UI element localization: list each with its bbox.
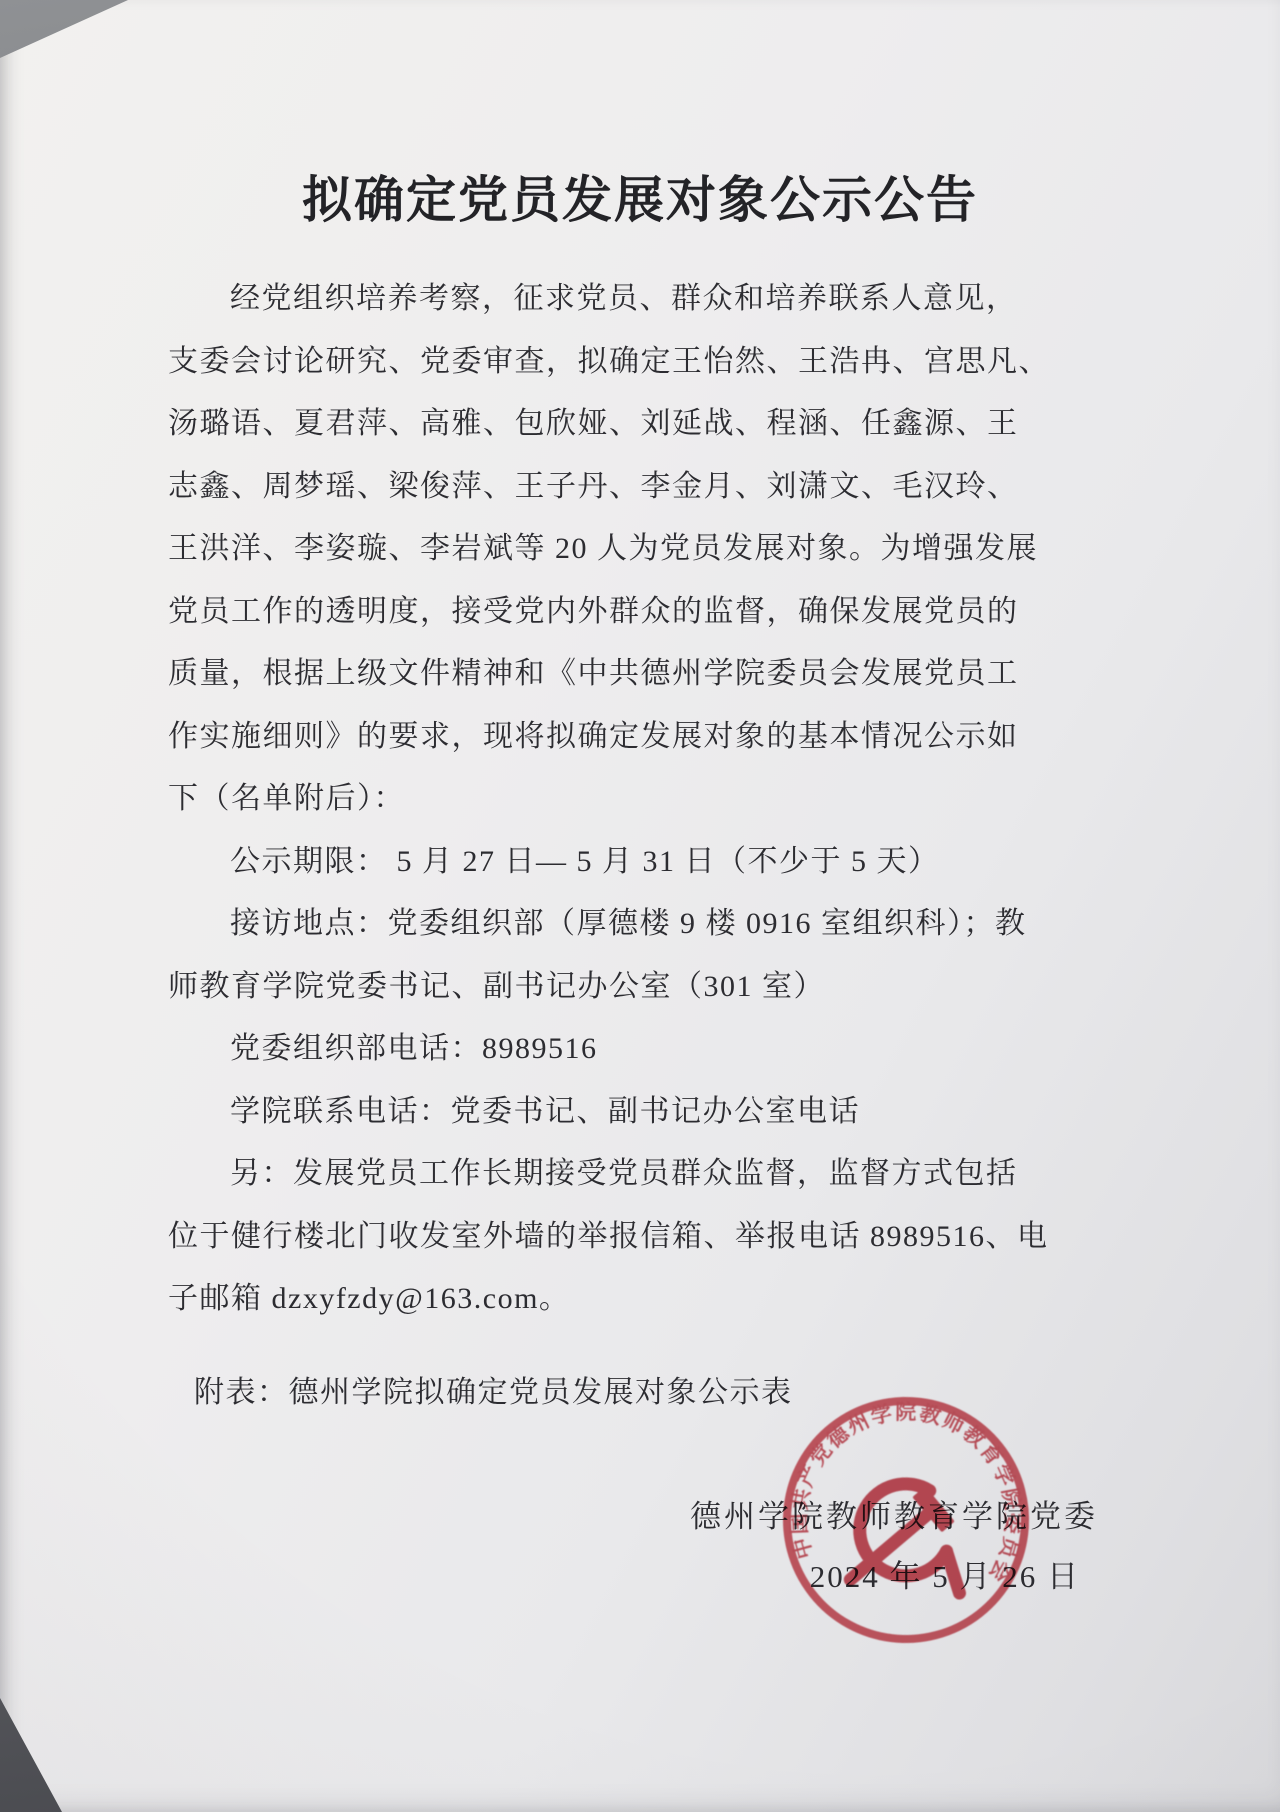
seal-ring	[773, 1387, 1038, 1652]
body-line: 经党组织培养考察，征求党员、群众和培养联系人意见，	[168, 268, 1073, 331]
body-line: 汤璐语、夏君萍、高雅、包欣娅、刘延战、程涵、任鑫源、王	[168, 393, 1073, 456]
document-title: 拟确定党员发展对象公示公告	[0, 160, 1280, 232]
body-line: 作实施细则》的要求，现将拟确定发展对象的基本情况公示如	[168, 706, 1073, 769]
body-line: 党委组织部电话：8989516	[168, 1018, 1073, 1081]
hammer-sickle-icon	[850, 1478, 972, 1593]
official-seal: 中国共产党德州学院教师教育学院委员会	[766, 1380, 1047, 1661]
body-line: 子邮箱 dzxyfzdy@163.com。	[168, 1268, 1073, 1331]
body-line: 下（名单附后）：	[168, 768, 1073, 831]
document-photo: 拟确定党员发展对象公示公告 经党组织培养考察，征求党员、群众和培养联系人意见， …	[0, 0, 1280, 1812]
body-line: 学院联系电话：党委书记、副书记办公室电话	[168, 1081, 1073, 1144]
body-line: 接访地点：党委组织部（厚德楼 9 楼 0916 室组织科）；教	[168, 893, 1073, 956]
body-line: 支委会讨论研究、党委审查，拟确定王怡然、王浩冉、宫思凡、	[168, 331, 1073, 394]
body-line: 位于健行楼北门收发室外墙的举报信箱、举报电话 8989516、电	[168, 1206, 1073, 1269]
body-line: 师教育学院党委书记、副书记办公室（301 室）	[168, 956, 1073, 1019]
official-seal-svg: 中国共产党德州学院教师教育学院委员会	[766, 1380, 1047, 1661]
attachment-note: 附表：德州学院拟确定党员发展对象公示表	[168, 1362, 793, 1424]
body-line: 公示期限： 5 月 27 日— 5 月 31 日（不少于 5 天）	[168, 831, 1073, 894]
body-line: 质量，根据上级文件精神和《中共德州学院委员会发展党员工	[168, 643, 1073, 706]
paper-sheet: 拟确定党员发展对象公示公告 经党组织培养考察，征求党员、群众和培养联系人意见， …	[0, 0, 1280, 1812]
body-line: 党员工作的透明度，接受党内外群众的监督，确保发展党员的	[168, 581, 1073, 644]
body-line: 另：发展党员工作长期接受党员群众监督，监督方式包括	[168, 1143, 1073, 1206]
document-body: 经党组织培养考察，征求党员、群众和培养联系人意见， 支委会讨论研究、党委审查，拟…	[168, 268, 1073, 1331]
body-line: 王洪洋、李姿璇、李岩斌等 20 人为党员发展对象。为增强发展	[168, 518, 1073, 581]
body-line: 志鑫、周梦瑶、梁俊萍、王子丹、李金月、刘潇文、毛汉玲、	[168, 456, 1073, 519]
